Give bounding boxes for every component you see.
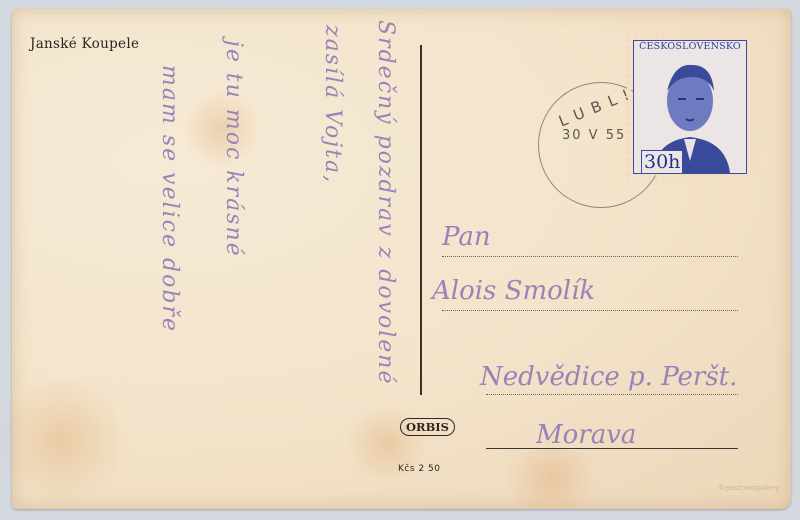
address-rule [442,256,738,257]
message-line-1: Srdečný pozdrav z dovolené [373,20,398,386]
address-rule [442,310,738,311]
message-line-3: je tu moc krásné [221,40,246,258]
postmark-date: 30 V 55 [562,128,626,143]
age-stain [2,369,122,509]
message-line-4: mam se velice dobře [157,65,182,333]
address-line-4: Morava [536,420,636,450]
age-stain [492,449,612,509]
address-line-3: Nedvědice p. Peršt. [480,362,737,392]
message-line-2: zasílá Vojta, [320,25,345,184]
place-title: Janské Koupele [30,36,139,52]
price-label: Kčs 2 50 [398,464,440,474]
address-rule [486,394,738,395]
publisher-logo: ORBIS [400,418,455,436]
divider-line [420,45,422,395]
watermark: ©postcardgallery [718,484,779,492]
address-line-1: Pan [442,222,491,252]
stamp-country: ČESKOSLOVENSKO [634,41,746,52]
address-line-2: Alois Smolík [432,276,595,306]
stamp-value: 30h [641,150,683,174]
address-rule [486,448,738,449]
